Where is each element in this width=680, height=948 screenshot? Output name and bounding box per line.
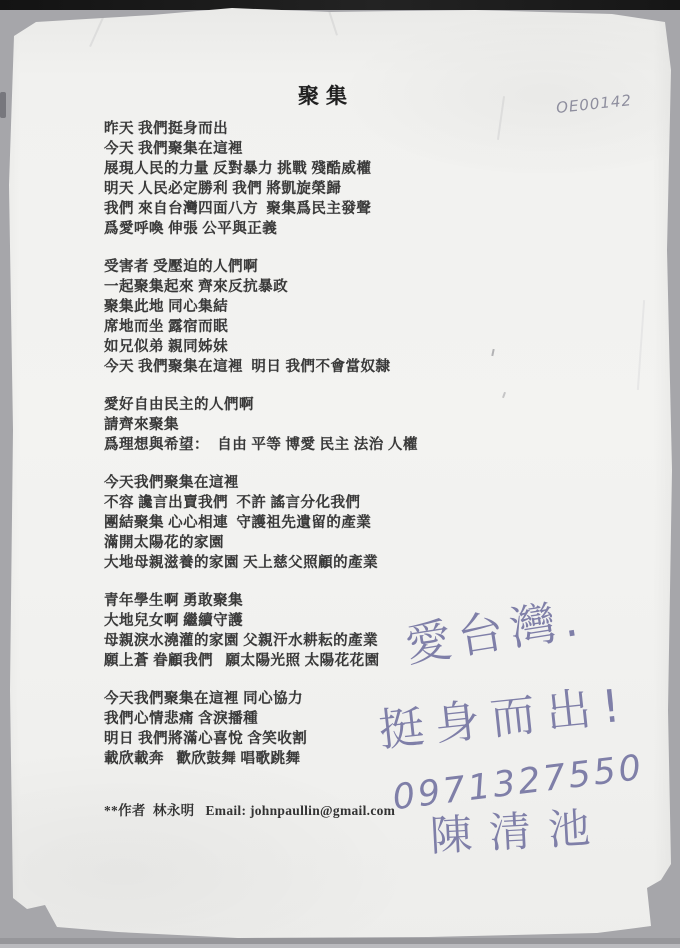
poem-stanza-1: 昨天 我們挺身而出 今天 我們聚集在這裡 展現人民的力量 反對暴力 挑戰 殘酷威… xyxy=(104,119,584,239)
page-title: 聚集 xyxy=(86,80,566,110)
poem-line: 請齊來聚集 xyxy=(104,415,584,435)
scan-edge-mark xyxy=(0,92,6,118)
paper-crease xyxy=(637,300,645,390)
poem-stanza-2: 受害者 受壓迫的人們啊 一起聚集起來 齊來反抗暴政 聚集此地 同心集結 席地而坐… xyxy=(104,257,584,377)
poem-line: 今天 我們聚集在這裡 明日 我們不會當奴隸 xyxy=(104,357,584,377)
poem-line: 今天 我們聚集在這裡 xyxy=(104,139,584,159)
paper-sheet: 聚集 昨天 我們挺身而出 今天 我們聚集在這裡 展現人民的力量 反對暴力 挑戰 … xyxy=(0,0,680,948)
poem-line: 展現人民的力量 反對暴力 挑戰 殘酷威權 xyxy=(104,159,584,179)
paper-crease xyxy=(89,15,104,47)
poem-line: 席地而坐 露宿而眠 xyxy=(104,317,584,337)
handwritten-signature: 陳清池 xyxy=(429,794,609,863)
scanner-top-strip xyxy=(0,0,680,10)
poem-line: 聚集此地 同心集結 xyxy=(104,297,584,317)
poem-line: 團結聚集 心心相連 守護祖先遺留的產業 xyxy=(104,513,584,533)
poem-line: 受害者 受壓迫的人們啊 xyxy=(104,257,584,277)
scanned-page: 聚集 昨天 我們挺身而出 今天 我們聚集在這裡 展現人民的力量 反對暴力 挑戰 … xyxy=(0,0,680,948)
poem-line: 明天 人民必定勝利 我們 將凱旋榮歸 xyxy=(104,179,584,199)
paper-crease xyxy=(328,10,337,35)
poem-line: 如兄似弟 親同姊妹 xyxy=(104,337,584,357)
poem-line: 今天我們聚集在這裡 xyxy=(104,473,584,493)
poem-stanza-3: 愛好自由民主的人們啊 請齊來聚集 爲理想與希望： 自由 平等 博愛 民主 法治 … xyxy=(104,395,584,455)
poem-line: 大地母親滋養的家園 天上慈父照顧的產業 xyxy=(104,553,584,573)
poem-line: 愛好自由民主的人們啊 xyxy=(104,395,584,415)
scanner-bottom-edge xyxy=(0,944,680,948)
poem-line: 滿開太陽花的家園 xyxy=(104,533,584,553)
poem-line: 不容 讒言出賣我們 不許 謠言分化我們 xyxy=(104,493,584,513)
poem-line: 我們 來自台灣四面八方 聚集爲民主發聲 xyxy=(104,199,584,219)
poem-line: 昨天 我們挺身而出 xyxy=(104,119,584,139)
poem-line: 爲愛呼喚 伸張 公平與正義 xyxy=(104,219,584,239)
poem-stanza-4: 今天我們聚集在這裡 不容 讒言出賣我們 不許 謠言分化我們 團結聚集 心心相連 … xyxy=(104,473,584,573)
poem-line: 一起聚集起來 齊來反抗暴政 xyxy=(104,277,584,297)
poem-line: 爲理想與希望： 自由 平等 博愛 民主 法治 人權 xyxy=(104,435,584,455)
